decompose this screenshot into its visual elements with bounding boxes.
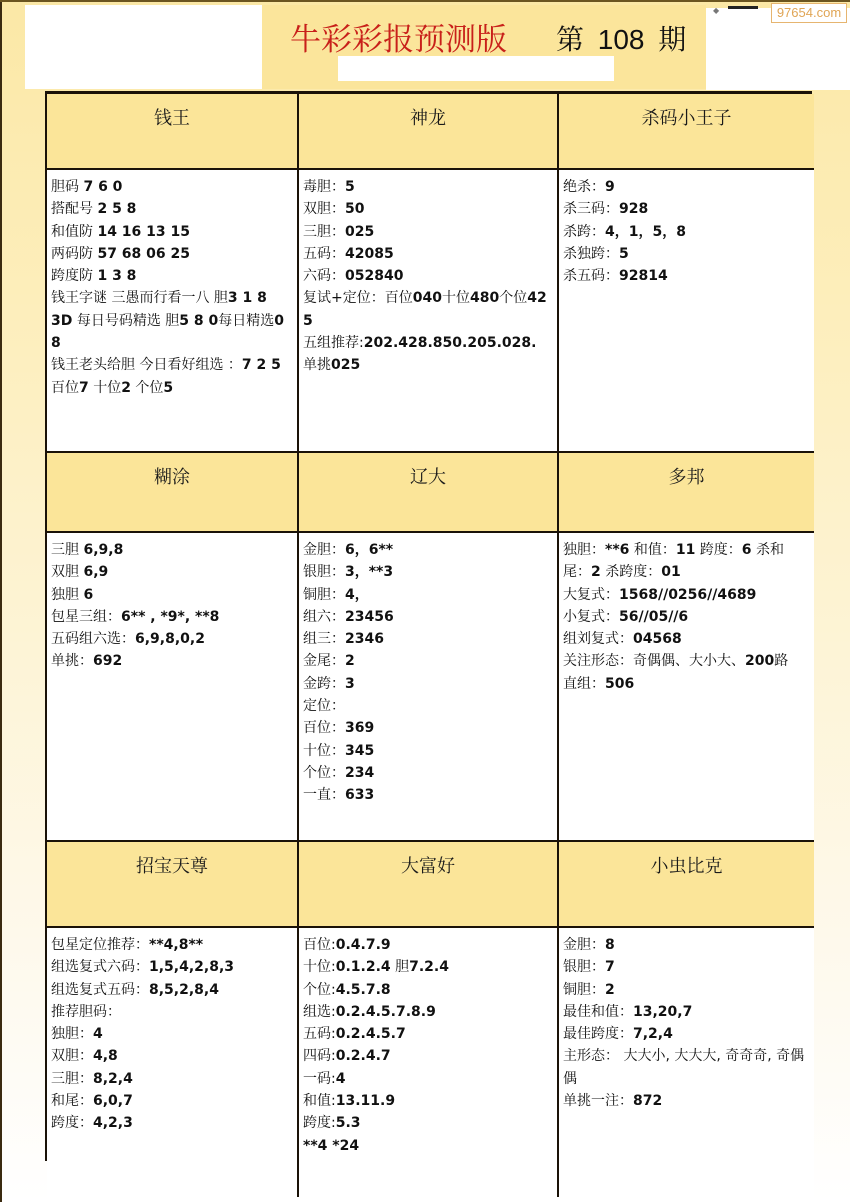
field-value: 42085: [345, 246, 394, 262]
prediction-table: 钱王神龙杀码小王子胆码 7 6 0搭配号 2 5 8和值防 14 16 13 1…: [47, 94, 814, 1197]
prediction-cell: 包星定位推荐：**4,8**组选复式六码：1,5,4,2,8,3组选复式五码：8…: [47, 927, 298, 1197]
field-label: 个位：: [303, 765, 345, 781]
blank-strip: [338, 56, 614, 81]
field-label: 单挑一注：: [563, 1093, 633, 1109]
field-label: 银胆：: [563, 959, 605, 975]
field-value: 040: [413, 290, 442, 306]
field-label: 个位: [131, 380, 163, 396]
prediction-line: 跨度：4,2,3: [51, 1112, 293, 1134]
field-label: 单挑：: [51, 653, 93, 669]
field-value: 0.2.4.7: [336, 1048, 391, 1064]
field-label: 直组：: [563, 676, 605, 692]
field-value: 1,5,4,2,8,3: [149, 959, 234, 975]
field-value: 4: [93, 1026, 103, 1042]
prediction-line: 银胆：3，**3: [303, 561, 553, 583]
prediction-line: 一码:4: [303, 1068, 553, 1090]
field-label: 搭配号: [51, 201, 97, 217]
prediction-line: 金尾：2: [303, 650, 553, 672]
prediction-line: 直组：506: [563, 673, 810, 695]
field-label: 一码:: [303, 1071, 336, 1087]
field-value: 4: [336, 1071, 346, 1087]
field-value: 2: [121, 380, 131, 396]
field-label: 十位：: [303, 743, 345, 759]
prediction-line: 杀跨：4，1，5，8: [563, 221, 810, 243]
prediction-line: 钱王字谜 三愚而行看一八 胆3 1 8: [51, 287, 293, 309]
field-label: 铜胆：: [563, 982, 605, 998]
field-label: 四码:: [303, 1048, 336, 1064]
field-label: 组三：: [303, 631, 345, 647]
field-value: 3: [345, 676, 355, 692]
field-label: 组选复式五码：: [51, 982, 149, 998]
field-value: 2: [345, 653, 355, 669]
prediction-line: 独胆：4: [51, 1023, 293, 1045]
field-label: 双胆: [51, 564, 83, 580]
field-label: 最佳跨度：: [563, 1026, 633, 1042]
field-value: 9: [605, 179, 615, 195]
prediction-line: 单挑025: [303, 354, 553, 376]
field-label: 个位: [499, 290, 527, 306]
field-value: 345: [345, 743, 374, 759]
prediction-line: 单挑一注：872: [563, 1090, 810, 1112]
field-value: 23456: [345, 609, 394, 625]
field-label: 包星定位推荐：: [51, 937, 149, 953]
watermark-link[interactable]: 97654.com: [771, 3, 847, 23]
field-value: 8: [605, 937, 615, 953]
prediction-line: 独胆：**6 和值：11 跨度：6 杀和尾：2 杀跨度：01: [563, 539, 810, 584]
prediction-line: 大复式：1568//0256//4689: [563, 584, 810, 606]
field-label: 两码防: [51, 246, 97, 262]
prediction-line: 跨度防 1 3 8: [51, 265, 293, 287]
prediction-line: 铜胆：2: [563, 979, 810, 1001]
field-label: 杀跨度：: [601, 564, 661, 580]
field-value: 5 8 0: [179, 313, 218, 329]
decor-dot: ◆: [713, 6, 719, 15]
prediction-cell: 绝杀：9杀三码：928杀跨：4，1，5，8杀独跨：5杀五码：92814: [558, 169, 814, 452]
prediction-grid: 钱王神龙杀码小王子胆码 7 6 0搭配号 2 5 8和值防 14 16 13 1…: [45, 91, 812, 1161]
field-value: 13,20,7: [633, 1004, 692, 1020]
prediction-line: 双胆：4,8: [51, 1045, 293, 1067]
field-label: 组选复式六码：: [51, 959, 149, 975]
prediction-line: 组选复式六码：1,5,4,2,8,3: [51, 956, 293, 978]
prediction-line: 杀五码：92814: [563, 265, 810, 287]
field-label: 杀三码：: [563, 201, 619, 217]
expert-name-header: 招宝天尊: [47, 841, 298, 927]
field-label: 双胆：: [303, 201, 345, 217]
prediction-line: 两码防 57 68 06 25: [51, 243, 293, 265]
prediction-cell: 独胆：**6 和值：11 跨度：6 杀和尾：2 杀跨度：01大复式：1568//…: [558, 532, 814, 841]
prediction-line: 小复式：56//05//6: [563, 606, 810, 628]
field-value: 5: [619, 246, 629, 262]
expert-name-header: 辽大: [298, 452, 558, 532]
field-value: 01: [661, 564, 680, 580]
field-label: 路: [774, 653, 788, 669]
page-title: 牛彩彩报预测版: [290, 14, 507, 59]
field-label: 每日号码精选 胆: [72, 313, 179, 329]
expert-name-header: 大富好: [298, 841, 558, 927]
field-value: **4,8**: [149, 937, 203, 953]
field-label: 跨度：: [695, 542, 741, 558]
field-value: 506: [605, 676, 634, 692]
prediction-line: 毒胆：5: [303, 176, 553, 198]
field-value: **4 *24: [303, 1138, 359, 1154]
prediction-line: 金跨：3: [303, 673, 553, 695]
field-value: 200: [745, 653, 774, 669]
field-label: 金尾：: [303, 653, 345, 669]
prediction-cell: 百位:0.4.7.9十位:0.1.2.4 胆7.2.4个位:4.5.7.8组选:…: [298, 927, 558, 1197]
field-value: 633: [345, 787, 374, 803]
prediction-cell: 金胆：6，6**银胆：3，**3铜胆：4，组六：23456组三：2346金尾：2…: [298, 532, 558, 841]
prediction-line: 独胆 6: [51, 584, 293, 606]
prediction-line: 组刘复式：04568: [563, 628, 810, 650]
expert-name-header: 钱王: [47, 94, 298, 169]
prediction-line: 复试+定位：百位040十位480个位425: [303, 287, 553, 332]
expert-name-header: 小虫比克: [558, 841, 814, 927]
field-value: 025: [345, 224, 374, 240]
prediction-line: 跨度:5.3: [303, 1112, 553, 1134]
field-value: 3，**3: [345, 564, 393, 580]
field-label: 独胆：: [51, 1026, 93, 1042]
prediction-line: 3D 每日号码精选 胆5 8 0每日精选0 8: [51, 310, 293, 355]
prediction-line: 包星定位推荐：**4,8**: [51, 934, 293, 956]
field-value: 369: [345, 720, 374, 736]
field-label: 单挑: [303, 357, 331, 373]
page-top-border: [0, 0, 850, 2]
field-value: 6，6**: [345, 542, 393, 558]
prediction-cell: 毒胆：5双胆：50三胆：025五码：42085六码：052840复试+定位：百位…: [298, 169, 558, 452]
content-row: 包星定位推荐：**4,8**组选复式六码：1,5,4,2,8,3组选复式五码：8…: [47, 927, 814, 1197]
prediction-line: 和尾：6,0,7: [51, 1090, 293, 1112]
field-label: 钱王老头给胆 今日看好组选 ：: [51, 357, 242, 373]
field-label: 定位：: [303, 698, 345, 714]
field-value: 92814: [619, 268, 668, 284]
prediction-line: 五组推荐:202.428.850.205.028.: [303, 332, 553, 354]
field-label: 最佳和值：: [563, 1004, 633, 1020]
prediction-line: 十位:0.1.2.4 胆7.2.4: [303, 956, 553, 978]
field-label: 杀独跨：: [563, 246, 619, 262]
field-label: 跨度：: [51, 1115, 93, 1131]
prediction-line: 五码：42085: [303, 243, 553, 265]
field-label: 推荐胆码：: [51, 1004, 121, 1020]
field-label: 绝杀：: [563, 179, 605, 195]
field-label: 双胆：: [51, 1048, 93, 1064]
field-label: 五码:: [303, 1026, 336, 1042]
field-value: 6,0,7: [93, 1093, 133, 1109]
field-label: 金胆：: [563, 937, 605, 953]
field-label: 三胆: [51, 542, 83, 558]
field-label: 三胆：: [51, 1071, 93, 1087]
header-row: 钱王神龙杀码小王子: [47, 94, 814, 169]
field-label: 主形态： 大大小, 大大大, 奇奇奇, 奇偶偶: [563, 1048, 804, 1086]
prediction-line: 最佳跨度：7,2,4: [563, 1023, 810, 1045]
field-label: 跨度防: [51, 268, 97, 284]
field-value: 0.1.2.4: [336, 959, 391, 975]
field-label: 小复式：: [563, 609, 619, 625]
field-value: 7: [605, 959, 615, 975]
prediction-line: 三胆：025: [303, 221, 553, 243]
field-label: 铜胆：: [303, 587, 345, 603]
header-row: 糊涂辽大多邦: [47, 452, 814, 532]
field-value: 7,2,4: [633, 1026, 673, 1042]
field-value: 7 6 0: [83, 179, 122, 195]
field-value: 480: [470, 290, 499, 306]
field-label: 组选:: [303, 1004, 336, 1020]
expert-name-header: 糊涂: [47, 452, 298, 532]
field-value: 5.3: [336, 1115, 361, 1131]
field-value: 1568//0256//4689: [619, 587, 756, 603]
field-value: 202.428.850.205.028.: [364, 335, 537, 351]
prediction-line: 个位:4.5.7.8: [303, 979, 553, 1001]
field-value: 1 3 8: [97, 268, 136, 284]
field-label: 一直：: [303, 787, 345, 803]
field-value: **6: [605, 542, 629, 558]
prediction-line: 定位：: [303, 695, 553, 717]
prediction-line: 三胆 6,9,8: [51, 539, 293, 561]
field-value: 11: [676, 542, 695, 558]
field-value: 0.2.4.5.7: [336, 1026, 406, 1042]
issue-number: 第 108 期: [556, 18, 686, 58]
prediction-line: 银胆：7: [563, 956, 810, 978]
content-row: 胆码 7 6 0搭配号 2 5 8和值防 14 16 13 15两码防 57 6…: [47, 169, 814, 452]
field-label: 大复式：: [563, 587, 619, 603]
field-label: 五码：: [303, 246, 345, 262]
field-label: 和值防: [51, 224, 97, 240]
field-label: 包星三组：: [51, 609, 121, 625]
prediction-cell: 三胆 6,9,8双胆 6,9独胆 6包星三组：6** , *9*, **8五码组…: [47, 532, 298, 841]
field-label: 和值：: [629, 542, 675, 558]
expert-name-header: 神龙: [298, 94, 558, 169]
prediction-line: 一直：633: [303, 784, 553, 806]
field-value: 3D: [51, 313, 72, 329]
prediction-line: 单挑：692: [51, 650, 293, 672]
prediction-line: 六码：052840: [303, 265, 553, 287]
field-label: 跨度:: [303, 1115, 336, 1131]
field-value: 13.11.9: [336, 1093, 395, 1109]
field-value: 0.4.7.9: [336, 937, 391, 953]
field-value: 928: [619, 201, 648, 217]
prediction-line: **4 *24: [303, 1135, 553, 1157]
field-label: 杀五码：: [563, 268, 619, 284]
prediction-line: 最佳和值：13,20,7: [563, 1001, 810, 1023]
field-label: 复试+定位：百位: [303, 290, 413, 306]
expert-name-header: 多邦: [558, 452, 814, 532]
prediction-line: 推荐胆码：: [51, 1001, 293, 1023]
prediction-line: 组选复式五码：8,5,2,8,4: [51, 979, 293, 1001]
field-label: 百位:: [303, 937, 336, 953]
field-label: 十位: [442, 290, 470, 306]
prediction-line: 双胆 6,9: [51, 561, 293, 583]
field-label: 三胆：: [303, 224, 345, 240]
field-value: 052840: [345, 268, 403, 284]
field-value: 6: [742, 542, 752, 558]
page-left-border: [0, 0, 2, 1202]
prediction-line: 组选:0.2.4.5.7.8.9: [303, 1001, 553, 1023]
field-value: 4，: [345, 587, 369, 603]
field-label: 组六：: [303, 609, 345, 625]
prediction-line: 包星三组：6** , *9*, **8: [51, 606, 293, 628]
field-value: 2 5 8: [97, 201, 136, 217]
prediction-line: 个位：234: [303, 762, 553, 784]
field-value: 7: [79, 380, 89, 396]
prediction-line: 五码:0.2.4.5.7: [303, 1023, 553, 1045]
prediction-line: 胆码 7 6 0: [51, 176, 293, 198]
prediction-line: 和值防 14 16 13 15: [51, 221, 293, 243]
field-label: 组刘复式：: [563, 631, 633, 647]
field-value: 14 16 13 15: [97, 224, 190, 240]
prediction-line: 绝杀：9: [563, 176, 810, 198]
prediction-line: 十位：345: [303, 740, 553, 762]
field-value: 0.2.4.5.7.8.9: [336, 1004, 436, 1020]
field-label: 关注形态：奇偶偶、大小大、: [563, 653, 745, 669]
field-label: 胆码: [51, 179, 83, 195]
field-label: 个位:: [303, 982, 336, 998]
prediction-line: 百位:0.4.7.9: [303, 934, 553, 956]
field-label: 五码组六选：: [51, 631, 135, 647]
field-value: 6,9,8,0,2: [135, 631, 205, 647]
prediction-cell: 金胆：8银胆：7铜胆：2最佳和值：13,20,7最佳跨度：7,2,4主形态： 大…: [558, 927, 814, 1197]
blank-area-left: [25, 5, 262, 89]
field-value: 4,8: [93, 1048, 118, 1064]
prediction-line: 三胆：8,2,4: [51, 1068, 293, 1090]
content-row: 三胆 6,9,8双胆 6,9独胆 6包星三组：6** , *9*, **8五码组…: [47, 532, 814, 841]
field-value: 56//05//6: [619, 609, 688, 625]
field-value: 6,9,8: [83, 542, 123, 558]
field-label: 银胆：: [303, 564, 345, 580]
field-label: 杀跨：: [563, 224, 605, 240]
field-label: 十位: [89, 380, 121, 396]
field-label: 百位: [51, 380, 79, 396]
field-value: 692: [93, 653, 122, 669]
field-value: 04568: [633, 631, 682, 647]
field-value: 2: [591, 564, 601, 580]
field-label: 六码：: [303, 268, 345, 284]
field-label: 每日精选: [218, 313, 274, 329]
field-value: 50: [345, 201, 364, 217]
prediction-line: 杀三码：928: [563, 198, 810, 220]
field-value: 5: [345, 179, 355, 195]
field-value: 4，1，5，8: [605, 224, 686, 240]
prediction-line: 和值:13.11.9: [303, 1090, 553, 1112]
field-value: 234: [345, 765, 374, 781]
field-value: 8,5,2,8,4: [149, 982, 219, 998]
field-label: 钱王字谜 三愚而行看一八 胆: [51, 290, 228, 306]
prediction-line: 组六：23456: [303, 606, 553, 628]
prediction-line: 四码:0.2.4.7: [303, 1045, 553, 1067]
field-label: 金跨：: [303, 676, 345, 692]
prediction-line: 百位：369: [303, 717, 553, 739]
field-value: 025: [331, 357, 360, 373]
field-value: 2346: [345, 631, 384, 647]
field-value: 6: [83, 587, 93, 603]
field-value: 872: [633, 1093, 662, 1109]
prediction-line: 双胆：50: [303, 198, 553, 220]
field-value: 5: [163, 380, 173, 396]
field-label: 胆: [391, 959, 409, 975]
prediction-line: 金胆：8: [563, 934, 810, 956]
field-value: 4.5.7.8: [336, 982, 391, 998]
field-value: 6** , *9*, **8: [121, 609, 219, 625]
prediction-line: 钱王老头给胆 今日看好组选 ：7 2 5百位7 十位2 个位5: [51, 354, 293, 399]
field-label: 百位：: [303, 720, 345, 736]
field-label: 金胆：: [303, 542, 345, 558]
prediction-cell: 胆码 7 6 0搭配号 2 5 8和值防 14 16 13 15两码防 57 6…: [47, 169, 298, 452]
prediction-line: 搭配号 2 5 8: [51, 198, 293, 220]
field-value: 2: [605, 982, 615, 998]
prediction-line: 关注形态：奇偶偶、大小大、200路: [563, 650, 810, 672]
field-value: 7.2.4: [409, 959, 449, 975]
prediction-line: 组三：2346: [303, 628, 553, 650]
prediction-line: 主形态： 大大小, 大大大, 奇奇奇, 奇偶偶: [563, 1045, 810, 1090]
field-value: 6,9: [83, 564, 108, 580]
prediction-line: 铜胆：4，: [303, 584, 553, 606]
field-label: 十位:: [303, 959, 336, 975]
field-value: 8,2,4: [93, 1071, 133, 1087]
decor-lines: [728, 6, 758, 13]
field-label: 和尾：: [51, 1093, 93, 1109]
header-row: 招宝天尊大富好小虫比克: [47, 841, 814, 927]
field-value: 57 68 06 25: [97, 246, 190, 262]
field-value: 4,2,3: [93, 1115, 133, 1131]
field-label: 独胆: [51, 587, 83, 603]
prediction-line: 杀独跨：5: [563, 243, 810, 265]
field-label: 独胆：: [563, 542, 605, 558]
prediction-line: 金胆：6，6**: [303, 539, 553, 561]
expert-name-header: 杀码小王子: [558, 94, 814, 169]
field-label: 和值:: [303, 1093, 336, 1109]
field-label: 五组推荐:: [303, 335, 364, 351]
field-value: 7 2 5: [242, 357, 281, 373]
field-label: 毒胆：: [303, 179, 345, 195]
prediction-line: 五码组六选：6,9,8,0,2: [51, 628, 293, 650]
field-value: 3 1 8: [228, 290, 267, 306]
